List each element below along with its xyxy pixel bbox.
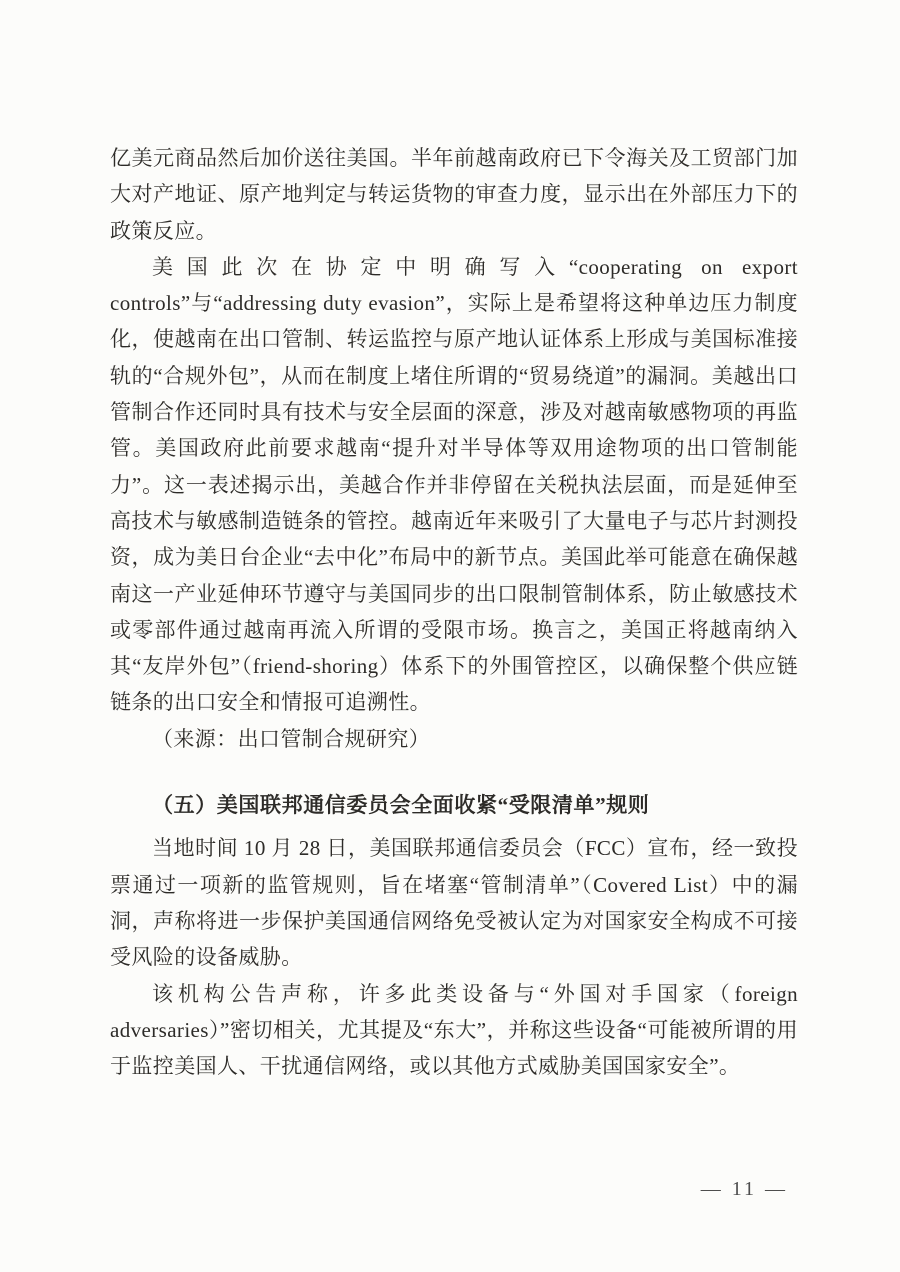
body-paragraph: 美国此次在协定中明确写入“cooperating on export contr… [110, 249, 798, 721]
page-number: — 11 — [0, 1178, 900, 1201]
body-paragraph-continuation: 亿美元商品然后加价送往美国。半年前越南政府已下令海关及工贸部门加大对产地证、原产… [110, 140, 798, 249]
source-line: （来源：出口管制合规研究） [110, 721, 798, 757]
body-paragraph: 该机构公告声称，许多此类设备与“外国对手国家（foreign adversari… [110, 976, 798, 1085]
section-heading: （五）美国联邦通信委员会全面收紧“受限清单”规则 [110, 787, 798, 823]
body-paragraph: 当地时间 10 月 28 日，美国联邦通信委员会（FCC）宣布，经一致投票通过一… [110, 830, 798, 975]
document-body: 亿美元商品然后加价送往美国。半年前越南政府已下令海关及工贸部门加大对产地证、原产… [110, 140, 798, 1084]
document-page: 亿美元商品然后加价送往美国。半年前越南政府已下令海关及工贸部门加大对产地证、原产… [0, 0, 900, 1272]
